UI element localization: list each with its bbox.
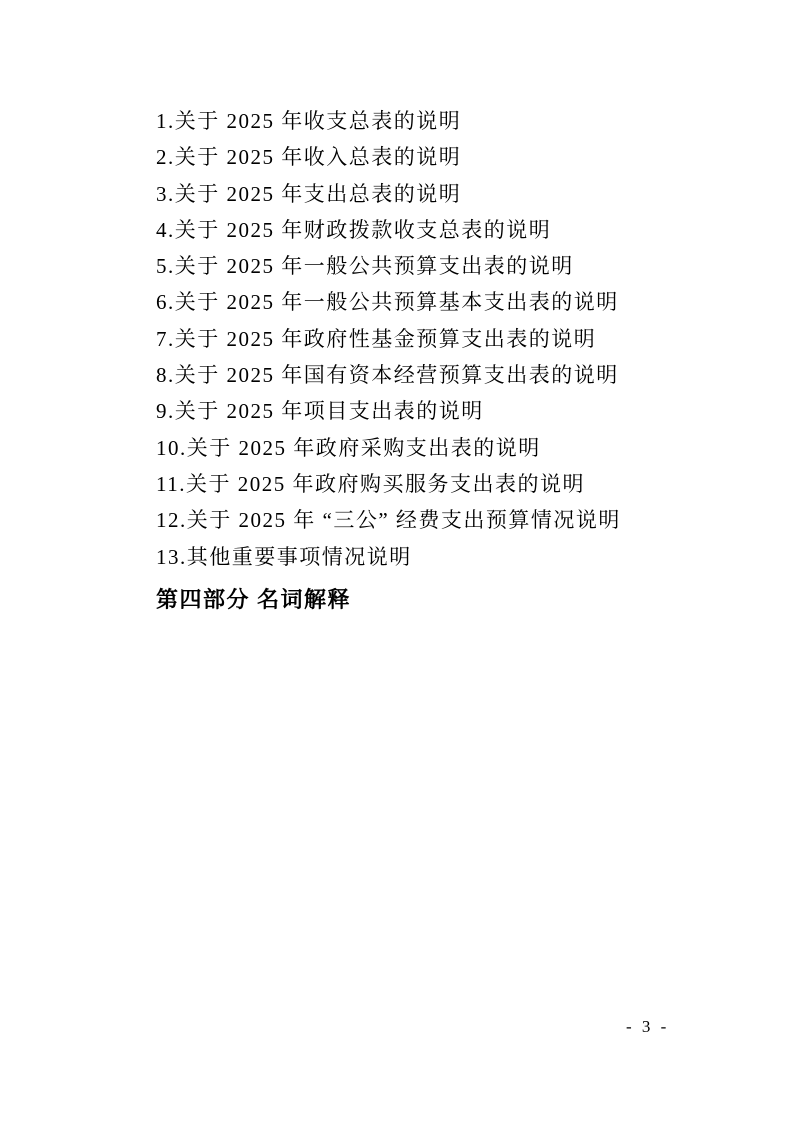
section-heading: 第四部分 名词解释 [156, 581, 716, 618]
toc-item: 2.关于 2025 年收入总表的说明 [156, 139, 716, 175]
toc-item: 9.关于 2025 年项目支出表的说明 [156, 393, 716, 429]
toc-item: 12.关于 2025 年 “三公” 经费支出预算情况说明 [156, 502, 716, 538]
toc-item: 3.关于 2025 年支出总表的说明 [156, 176, 716, 212]
toc-item: 13.其他重要事项情况说明 [156, 539, 716, 575]
toc-item: 11.关于 2025 年政府购买服务支出表的说明 [156, 466, 716, 502]
toc-item: 7.关于 2025 年政府性基金预算支出表的说明 [156, 321, 716, 357]
toc-item: 4.关于 2025 年财政拨款收支总表的说明 [156, 212, 716, 248]
table-of-contents: 1.关于 2025 年收支总表的说明 2.关于 2025 年收入总表的说明 3.… [156, 103, 716, 618]
toc-item: 1.关于 2025 年收支总表的说明 [156, 103, 716, 139]
page-number: - 3 - [626, 1017, 669, 1037]
toc-item: 10.关于 2025 年政府采购支出表的说明 [156, 430, 716, 466]
toc-item: 6.关于 2025 年一般公共预算基本支出表的说明 [156, 284, 716, 320]
document-page: 1.关于 2025 年收支总表的说明 2.关于 2025 年收入总表的说明 3.… [0, 0, 793, 1122]
toc-item: 8.关于 2025 年国有资本经营预算支出表的说明 [156, 357, 716, 393]
toc-item: 5.关于 2025 年一般公共预算支出表的说明 [156, 248, 716, 284]
